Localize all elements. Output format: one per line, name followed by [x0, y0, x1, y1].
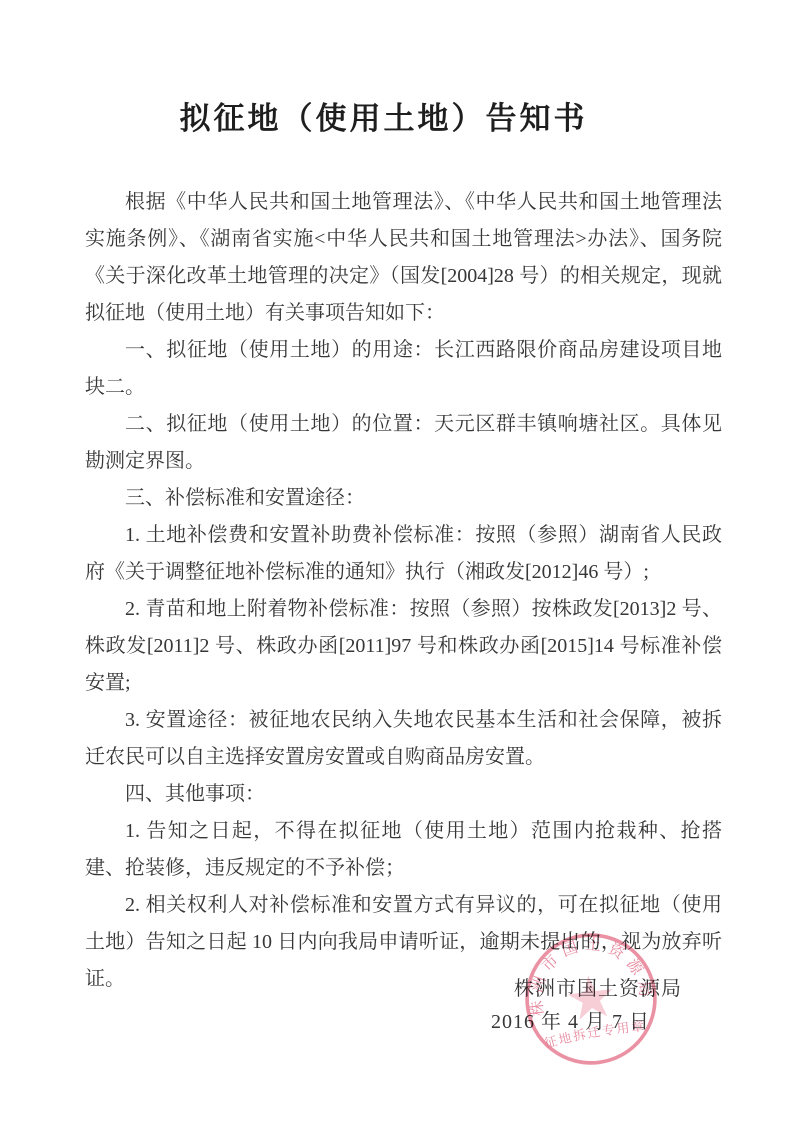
document-body: 根据《中华人民共和国土地管理法》、《中华人民共和国土地管理法实施条例》、《湖南省… — [85, 184, 722, 998]
paragraph-item-1-purpose: 一、拟征地（使用土地）的用途：长江西路限价商品房建设项目地块二。 — [85, 332, 722, 406]
paragraph-item-3-heading: 三、补偿标准和安置途径： — [85, 480, 722, 517]
paragraph-item-3-3: 3. 安置途径：被征地农民纳入失地农民基本生活和社会保障，被拆迁农民可以自主选择… — [85, 702, 722, 776]
paragraph-legal-basis: 根据《中华人民共和国土地管理法》、《中华人民共和国土地管理法实施条例》、《湖南省… — [85, 184, 722, 332]
page-title: 拟征地（使用土地）告知书 — [65, 98, 702, 140]
document-page: 拟征地（使用土地）告知书 根据《中华人民共和国土地管理法》、《中华人民共和国土地… — [0, 0, 800, 1135]
paragraph-item-3-1: 1. 土地补偿费和安置补助费补偿标准：按照（参照）湖南省人民政府《关于调整征地补… — [85, 517, 722, 591]
paragraph-item-4-heading: 四、其他事项： — [85, 776, 722, 813]
paragraph-item-4-1: 1. 告知之日起，不得在拟征地（使用土地）范围内抢栽种、抢搭建、抢装修，违反规定… — [85, 813, 722, 887]
signature-org: 株洲市国土资源局 — [514, 972, 682, 1001]
paragraph-item-2-location: 二、拟征地（使用土地）的位置：天元区群丰镇响塘社区。具体见勘测定界图。 — [85, 406, 722, 480]
paragraph-item-3-2: 2. 青苗和地上附着物补偿标准：按照（参照）按株政发[2013]2 号、株政发[… — [85, 591, 722, 702]
signature-date: 2016 年 4 月 7 日 — [491, 1005, 650, 1034]
